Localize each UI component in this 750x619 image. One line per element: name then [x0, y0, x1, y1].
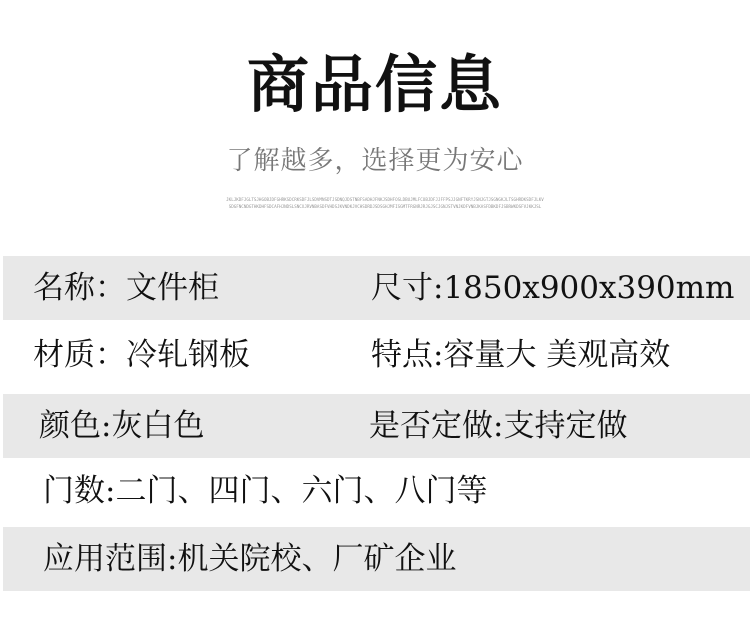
decorative-fine-print: JKLJKDFJGLTSJHGOBJDFGHRKSDCRKSDFJLSDVMNS…: [225, 197, 545, 219]
info-row-name-size: 名称：文件柜 尺寸:1850x900x390mm: [3, 256, 750, 320]
product-color: 颜色:灰白色: [39, 394, 204, 458]
product-doors: 门数:二门、四门、六门、八门等: [43, 459, 487, 523]
info-row-doors: 门数:二门、四门、六门、八门等: [3, 459, 750, 523]
page-title: 商品信息: [0, 45, 750, 125]
product-customizable: 是否定做:支持定做: [369, 394, 627, 458]
product-features: 特点:容量大 美观高效: [371, 323, 670, 387]
product-application: 应用范围:机关院校、厂矿企业: [43, 527, 456, 591]
product-name: 名称：文件柜: [33, 256, 219, 320]
product-material: 材质：冷轧钢板: [33, 323, 250, 387]
info-row-material-features: 材质：冷轧钢板 特点:容量大 美观高效: [3, 323, 750, 387]
page-subtitle: 了解越多，选择更为安心: [0, 143, 750, 179]
product-size: 尺寸:1850x900x390mm: [371, 256, 734, 320]
info-row-color-custom: 颜色:灰白色 是否定做:支持定做: [3, 394, 750, 458]
info-row-application: 应用范围:机关院校、厂矿企业: [3, 527, 750, 591]
